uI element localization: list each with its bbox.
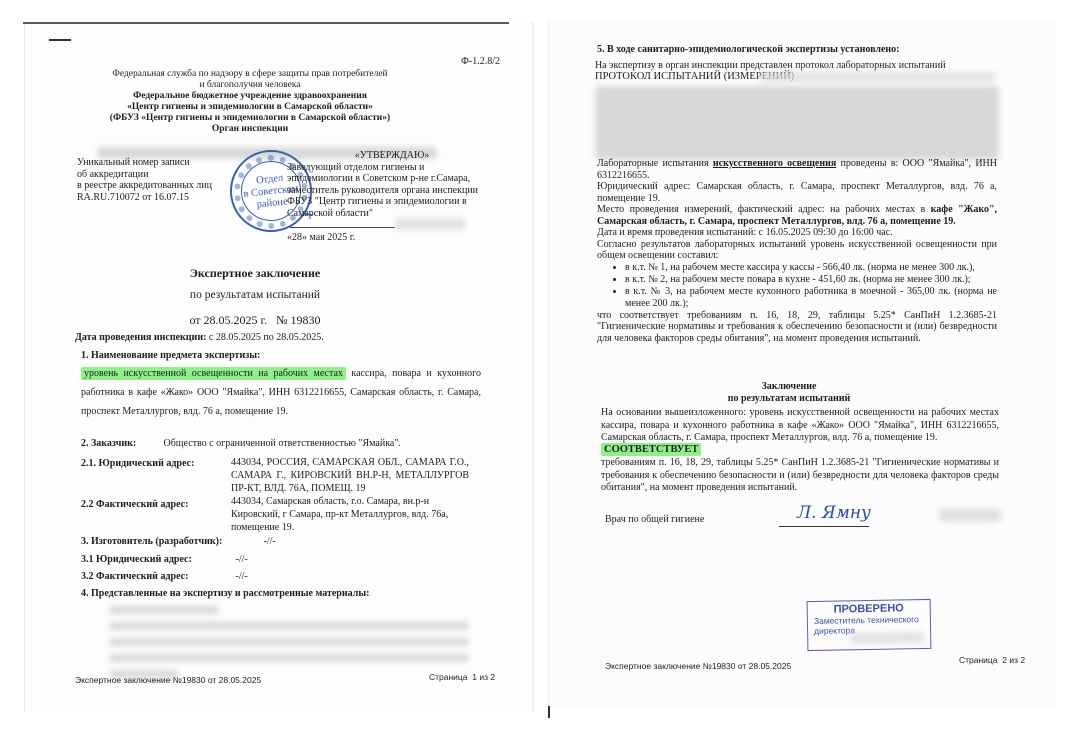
section-4-heading: 4. Представленные на экспертизу и рассмо…: [81, 588, 369, 599]
scan-mark: [49, 39, 71, 41]
actual-address-label: 2.2 Фактический адрес:: [81, 499, 188, 510]
verified-stamp: ПРОВЕРЕНО Заместитель технического дирек…: [807, 599, 932, 651]
inspection-date-label: Дата проведения инспекции:: [75, 332, 206, 343]
approval-block: «УТВЕРЖДАЮ» Заведующий отделом гигиены и…: [287, 150, 497, 219]
document-number: от 28.05.2025 г. № 19830: [25, 313, 485, 328]
measurement-list: в к.т. № 1, на рабочем месте кассира у к…: [597, 262, 997, 310]
redacted-materials: [109, 638, 469, 646]
org-line-4: «Центр гигиены и эпидемиологии в Самарск…: [85, 102, 415, 113]
approval-line-5: Самарской области": [287, 208, 497, 220]
measurement-datetime: Дата и время проведения испытаний: с 16.…: [597, 227, 997, 239]
document-subtitle: по результатам испытаний: [25, 289, 485, 301]
document-page-2: 5. В ходе санитарно-эпидемиологической э…: [548, 20, 1056, 710]
approval-line-2: эпидемиологии в Советском р-не г.Самара,: [287, 173, 497, 185]
section-3: 3. Изготовитель (разработчик): -//-: [81, 536, 276, 547]
inspection-date-value: с 28.05.2025 по 28.05.2025.: [209, 332, 324, 343]
manufacturer-actual-value: -//-: [236, 571, 248, 582]
legal-address-value: 443034, РОССИЯ, САМАРСКАЯ ОБЛ., САМАРА Г…: [231, 456, 469, 495]
accreditation-line-2: об аккредитации: [77, 169, 212, 181]
section-3-1: 3.1 Юридический адрес: -//-: [81, 554, 248, 565]
conclusion-subtitle: по результатам испытаний: [549, 393, 1029, 404]
manufacturer-legal-value: -//-: [236, 554, 248, 565]
redacted-name: [395, 218, 465, 230]
signature-line: [290, 227, 395, 228]
manufacturer-value: -//-: [264, 536, 276, 547]
footer-page-number: Страница 1 из 2: [429, 672, 495, 682]
lab-tests-paragraph: Лабораторные испытания искусственного ос…: [597, 158, 997, 344]
lab-legal-address: Юридический адрес: Самарская область, г.…: [597, 181, 997, 204]
org-line-5: (ФБУЗ «Центр гигиены и эпидемиологии в С…: [85, 113, 415, 124]
section-5-heading: 5. В ходе санитарно-эпидемиологической э…: [597, 44, 900, 55]
redacted-materials: [109, 622, 469, 630]
redacted-doctor-name: [939, 508, 1001, 522]
conclusion-title: Заключение: [549, 381, 1029, 392]
section-2: 2. Заказчик: Общество с ограниченной отв…: [81, 438, 401, 449]
manufacturer-label: 3. Изготовитель (разработчик):: [81, 536, 261, 547]
redacted-materials: [109, 654, 469, 662]
form-code: Ф-1.2.8/2: [461, 55, 500, 68]
footer-doc-ref: Экспертное заключение №19830 от 28.05.20…: [605, 661, 791, 671]
signer-line: [779, 526, 869, 527]
verdict-text: требованиям п. 16, 18, 29, таблицы 5.25*…: [601, 457, 999, 495]
signer-role: Врач по общей гигиене: [605, 514, 704, 525]
org-line-6: Орган инспекции: [85, 124, 415, 135]
doctor-signature: Л. Ямну: [797, 503, 871, 523]
accreditation-line-3: в реестре аккредитованных лиц: [77, 180, 212, 192]
verdict: СООТВЕТСТВУЕТ: [601, 444, 701, 455]
redacted-protocol-number: [759, 72, 995, 82]
document-title: Экспертное заключение: [25, 266, 485, 281]
section-1-heading: 1. Наименование предмета экспертизы:: [81, 350, 260, 361]
redacted-verifier: [850, 632, 924, 644]
intro-text: На экспертизу в орган инспекции представ…: [595, 60, 997, 71]
accreditation-line-1: Уникальный номер записи: [77, 157, 212, 169]
org-line-1: Федеральная служба по надзору в сфере за…: [85, 69, 415, 80]
legal-address-label: 2.1. Юридический адрес:: [81, 458, 194, 469]
highlighted-subject: уровень искусственной освещенности на ра…: [81, 367, 346, 380]
redacted-materials: [109, 606, 219, 614]
results-intro: Согласно результатов лабораторных испыта…: [597, 239, 997, 262]
manufacturer-legal-label: 3.1 Юридический адрес:: [81, 554, 233, 565]
verdict-badge: СООТВЕТСТВУЕТ: [601, 443, 701, 456]
approval-date: «28» мая 2025 г.: [287, 232, 355, 243]
document-page-1: Ф-1.2.8/2 Федеральная служба по надзору …: [24, 22, 532, 712]
actual-address-value: 443034, Самарская область, г.о. Самара, …: [231, 495, 463, 534]
customer-value: Общество с ограниченной ответственностью…: [164, 438, 401, 449]
measurement-item: в к.т. № 2, на рабочем месте повара в ку…: [625, 274, 997, 286]
footer-doc-ref: Экспертное заключение №19830 от 28.05.20…: [75, 675, 261, 685]
measurement-place-prefix: Место проведения измерений, фактический …: [597, 204, 925, 215]
approval-title: «УТВЕРЖДАЮ»: [287, 150, 497, 162]
redacted-protocol-details: [595, 86, 999, 160]
approval-line-1: Заведующий отделом гигиены и: [287, 162, 497, 174]
measurement-item: в к.т. № 1, на рабочем месте кассира у к…: [625, 262, 997, 274]
org-header: Федеральная служба по надзору в сфере за…: [85, 69, 415, 135]
manufacturer-actual-label: 3.2 Фактический адрес:: [81, 571, 233, 582]
lab-tests-prefix: Лабораторные испытания: [597, 158, 709, 169]
org-line-2: и благополучия человека: [85, 80, 415, 91]
customer-label: 2. Заказчик:: [81, 438, 161, 449]
compliance-text: что соответствует требованиям п. 16, 18,…: [597, 310, 997, 345]
section-1-body: уровень искусственной освещенности на ра…: [81, 364, 481, 421]
org-line-3: Федеральное бюджетное учреждение здравоо…: [85, 91, 415, 102]
accreditation-number: RA.RU.710072 от 16.07.15: [77, 192, 212, 204]
section-3-2: 3.2 Фактический адрес: -//-: [81, 571, 248, 582]
measurement-item: в к.т. № 3, на рабочем месте кухонного р…: [625, 286, 997, 310]
conclusion-text: На основании вышеизложенного: уровень ис…: [601, 407, 999, 445]
approval-line-3: заместитель руководителя органа инспекци…: [287, 185, 497, 197]
inspection-date: Дата проведения инспекции: с 28.05.2025 …: [75, 332, 324, 343]
scan-mark: [548, 706, 550, 718]
approval-signature: ~: [303, 207, 315, 223]
approval-line-4: ФБУЗ "Центр гигиены и эпидемиологии в: [287, 196, 497, 208]
accreditation-block: Уникальный номер записи об аккредитации …: [77, 157, 212, 203]
footer-page-number: Страница 2 из 2: [959, 655, 1025, 665]
lab-tests-emphasis: искусственного освещения: [713, 158, 836, 169]
verified-stamp-line-1: Заместитель технического: [814, 614, 924, 626]
